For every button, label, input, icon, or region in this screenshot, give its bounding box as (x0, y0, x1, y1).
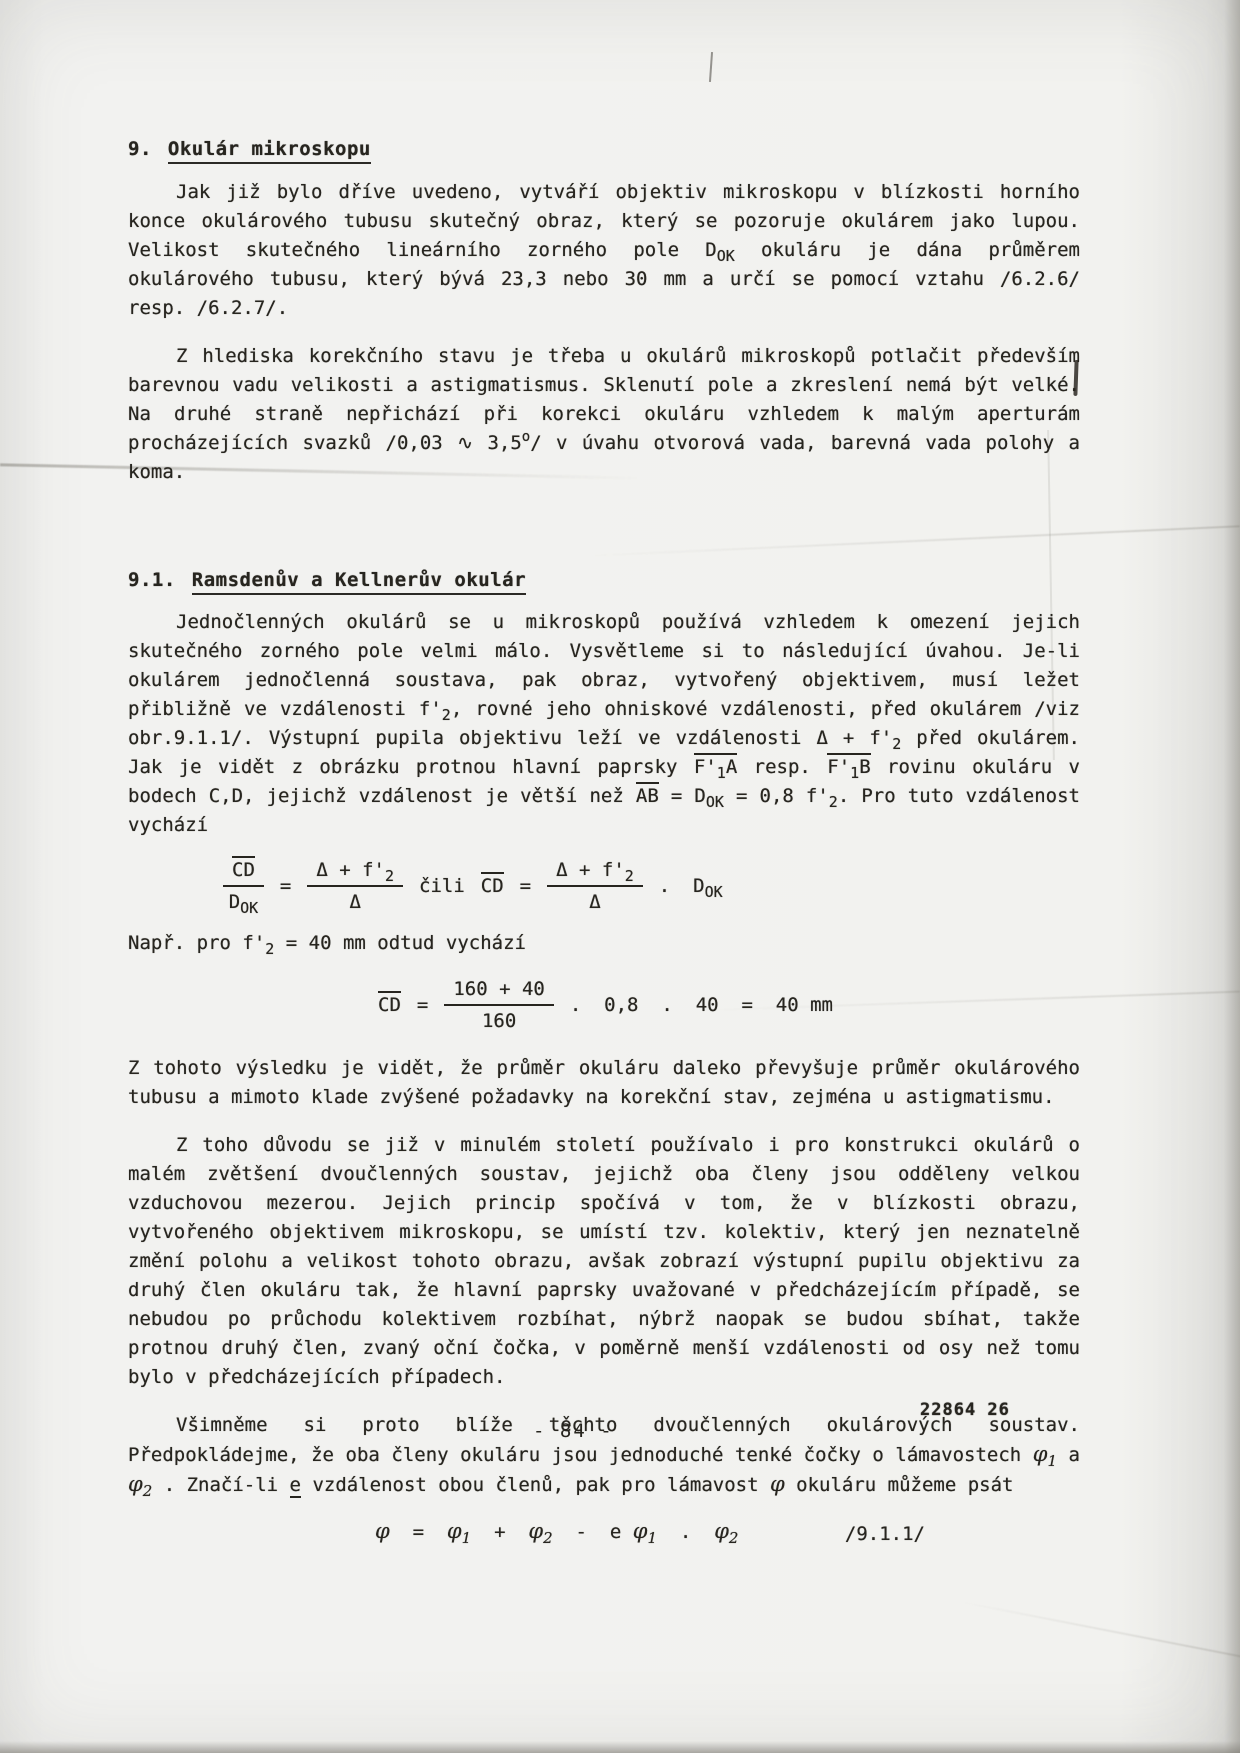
scan-edge-shadow (0, 1741, 1240, 1753)
section-9-1-heading: 9.1.Ramsdenův a Kellnerův okulár (128, 567, 1080, 593)
paragraph: Z tohoto výsledku je vidět, že průměr ok… (128, 1054, 1080, 1112)
formula-tail: . 0,8 . 40 = 40 mm (570, 994, 833, 1016)
phi-equation: φ = φ1 + φ2 - e φ1 . φ2 (375, 1519, 738, 1543)
fraction-delta: Δ + f'2 Δ (547, 859, 643, 913)
fraction-numerator: CD (223, 859, 264, 887)
equals-sign: = (520, 875, 531, 897)
print-code: 22864 26 (920, 1400, 1010, 1420)
text-block: 9.Okulár mikroskopu Jak již bylo dříve u… (0, 0, 1240, 1563)
section-9-1-number: 9.1. (128, 569, 176, 591)
equals-sign: = (280, 875, 291, 897)
fraction-numerator: 160 + 40 (444, 978, 554, 1006)
formula-cd-value: CD = 160 + 40 160 . 0,8 . 40 = 40 mm (378, 978, 1080, 1032)
section-9-1-title: Ramsdenův a Kellnerův okulár (192, 569, 526, 595)
section-9-title: Okulár mikroskopu (168, 138, 371, 164)
paragraph: Jednočlenných okulárů se u mikroskopů po… (128, 608, 1080, 840)
fraction-numerator: Δ + f'2 (307, 859, 403, 887)
fraction-denominator: Δ (349, 887, 360, 913)
page-number: - 84 - (533, 1420, 614, 1442)
cd-overline: CD (378, 994, 401, 1016)
formula-cd-ratio: CD DOK = Δ + f'2 Δ čili CD = Δ + f'2 Δ .… (223, 859, 1080, 913)
paragraph: Jak již bylo dříve uvedeno, vytváří obje… (128, 178, 1080, 323)
equation-number: /9.1.1/ (845, 1523, 925, 1545)
cd-overline: CD (481, 875, 504, 897)
section-9-number: 9. (128, 138, 152, 160)
paper-crease (963, 1601, 1240, 1660)
connector-word: čili (419, 875, 465, 897)
fraction-denominator: Δ (589, 887, 600, 913)
scanned-document-page: 9.Okulár mikroskopu Jak již bylo dříve u… (0, 0, 1240, 1753)
section-9-heading: 9.Okulár mikroskopu (128, 136, 1080, 162)
fraction-numerator: Δ + f'2 (547, 859, 643, 887)
fraction-denominator: 160 (482, 1006, 516, 1032)
formula-tail: . DOK (659, 875, 723, 897)
fraction-160: 160 + 40 160 (444, 978, 554, 1032)
fraction-delta: Δ + f'2 Δ (307, 859, 403, 913)
fraction-denominator: DOK (229, 887, 259, 913)
paragraph: Např. pro f'2 = 40 mm odtud vychází (128, 929, 1080, 958)
formula-phi: φ = φ1 + φ2 - e φ1 . φ2 /9.1.1/ (128, 1519, 1080, 1563)
paragraph: Z hlediska korekčního stavu je třeba u o… (128, 342, 1080, 487)
paragraph: Z toho důvodu se již v minulém století p… (128, 1131, 1080, 1392)
fraction-cd-dok: CD DOK (223, 859, 264, 913)
equals-sign: = (417, 994, 428, 1016)
